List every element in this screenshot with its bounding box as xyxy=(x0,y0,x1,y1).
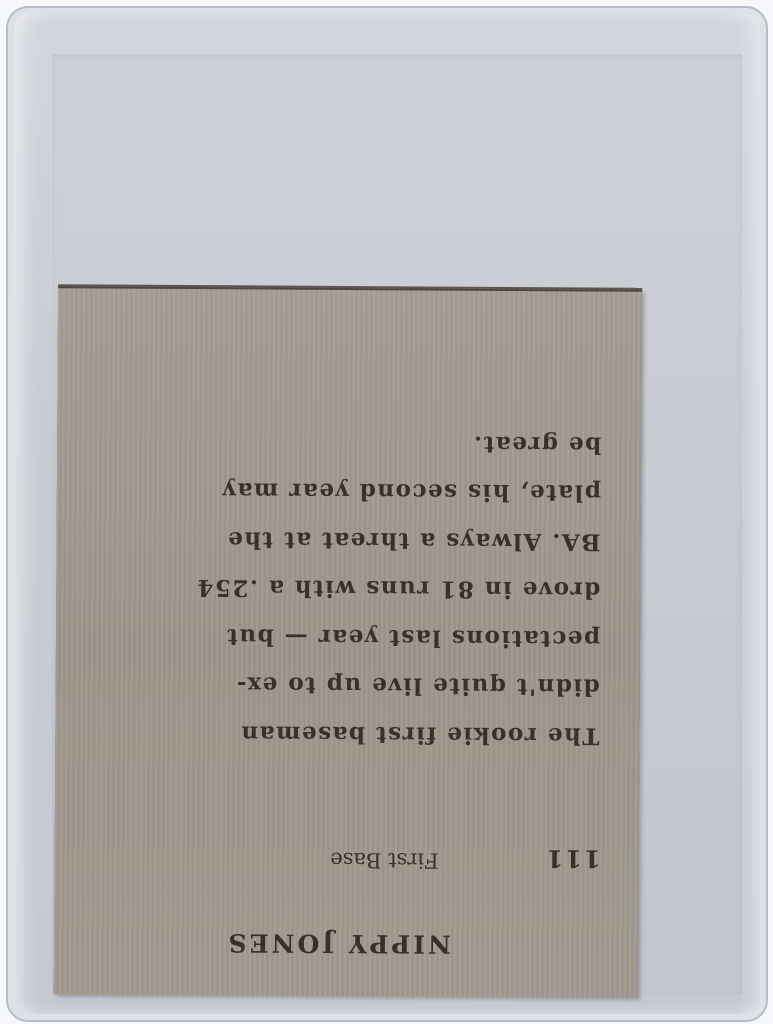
bio-line: BA. Always a threat at the xyxy=(100,514,600,566)
player-bio: The rookie first baseman didn't quite li… xyxy=(99,417,601,760)
trading-card-back: NIPPY JONES 111 First Base The rookie fi… xyxy=(54,286,642,998)
card-number: 111 xyxy=(544,844,600,873)
bio-line: didn't quite live up to ex- xyxy=(100,659,600,711)
card-print-area: NIPPY JONES 111 First Base The rookie fi… xyxy=(54,288,642,998)
bio-line: pectations last year — but xyxy=(100,611,600,663)
player-name: NIPPY JONES xyxy=(188,928,488,959)
bio-line: drove in 81 runs with a .254 xyxy=(100,562,600,614)
bio-line: be great. xyxy=(101,417,601,469)
bio-line: The rookie first baseman xyxy=(99,708,599,760)
bio-line: plate, his second year may xyxy=(101,465,601,517)
player-position: First Base xyxy=(330,848,439,873)
